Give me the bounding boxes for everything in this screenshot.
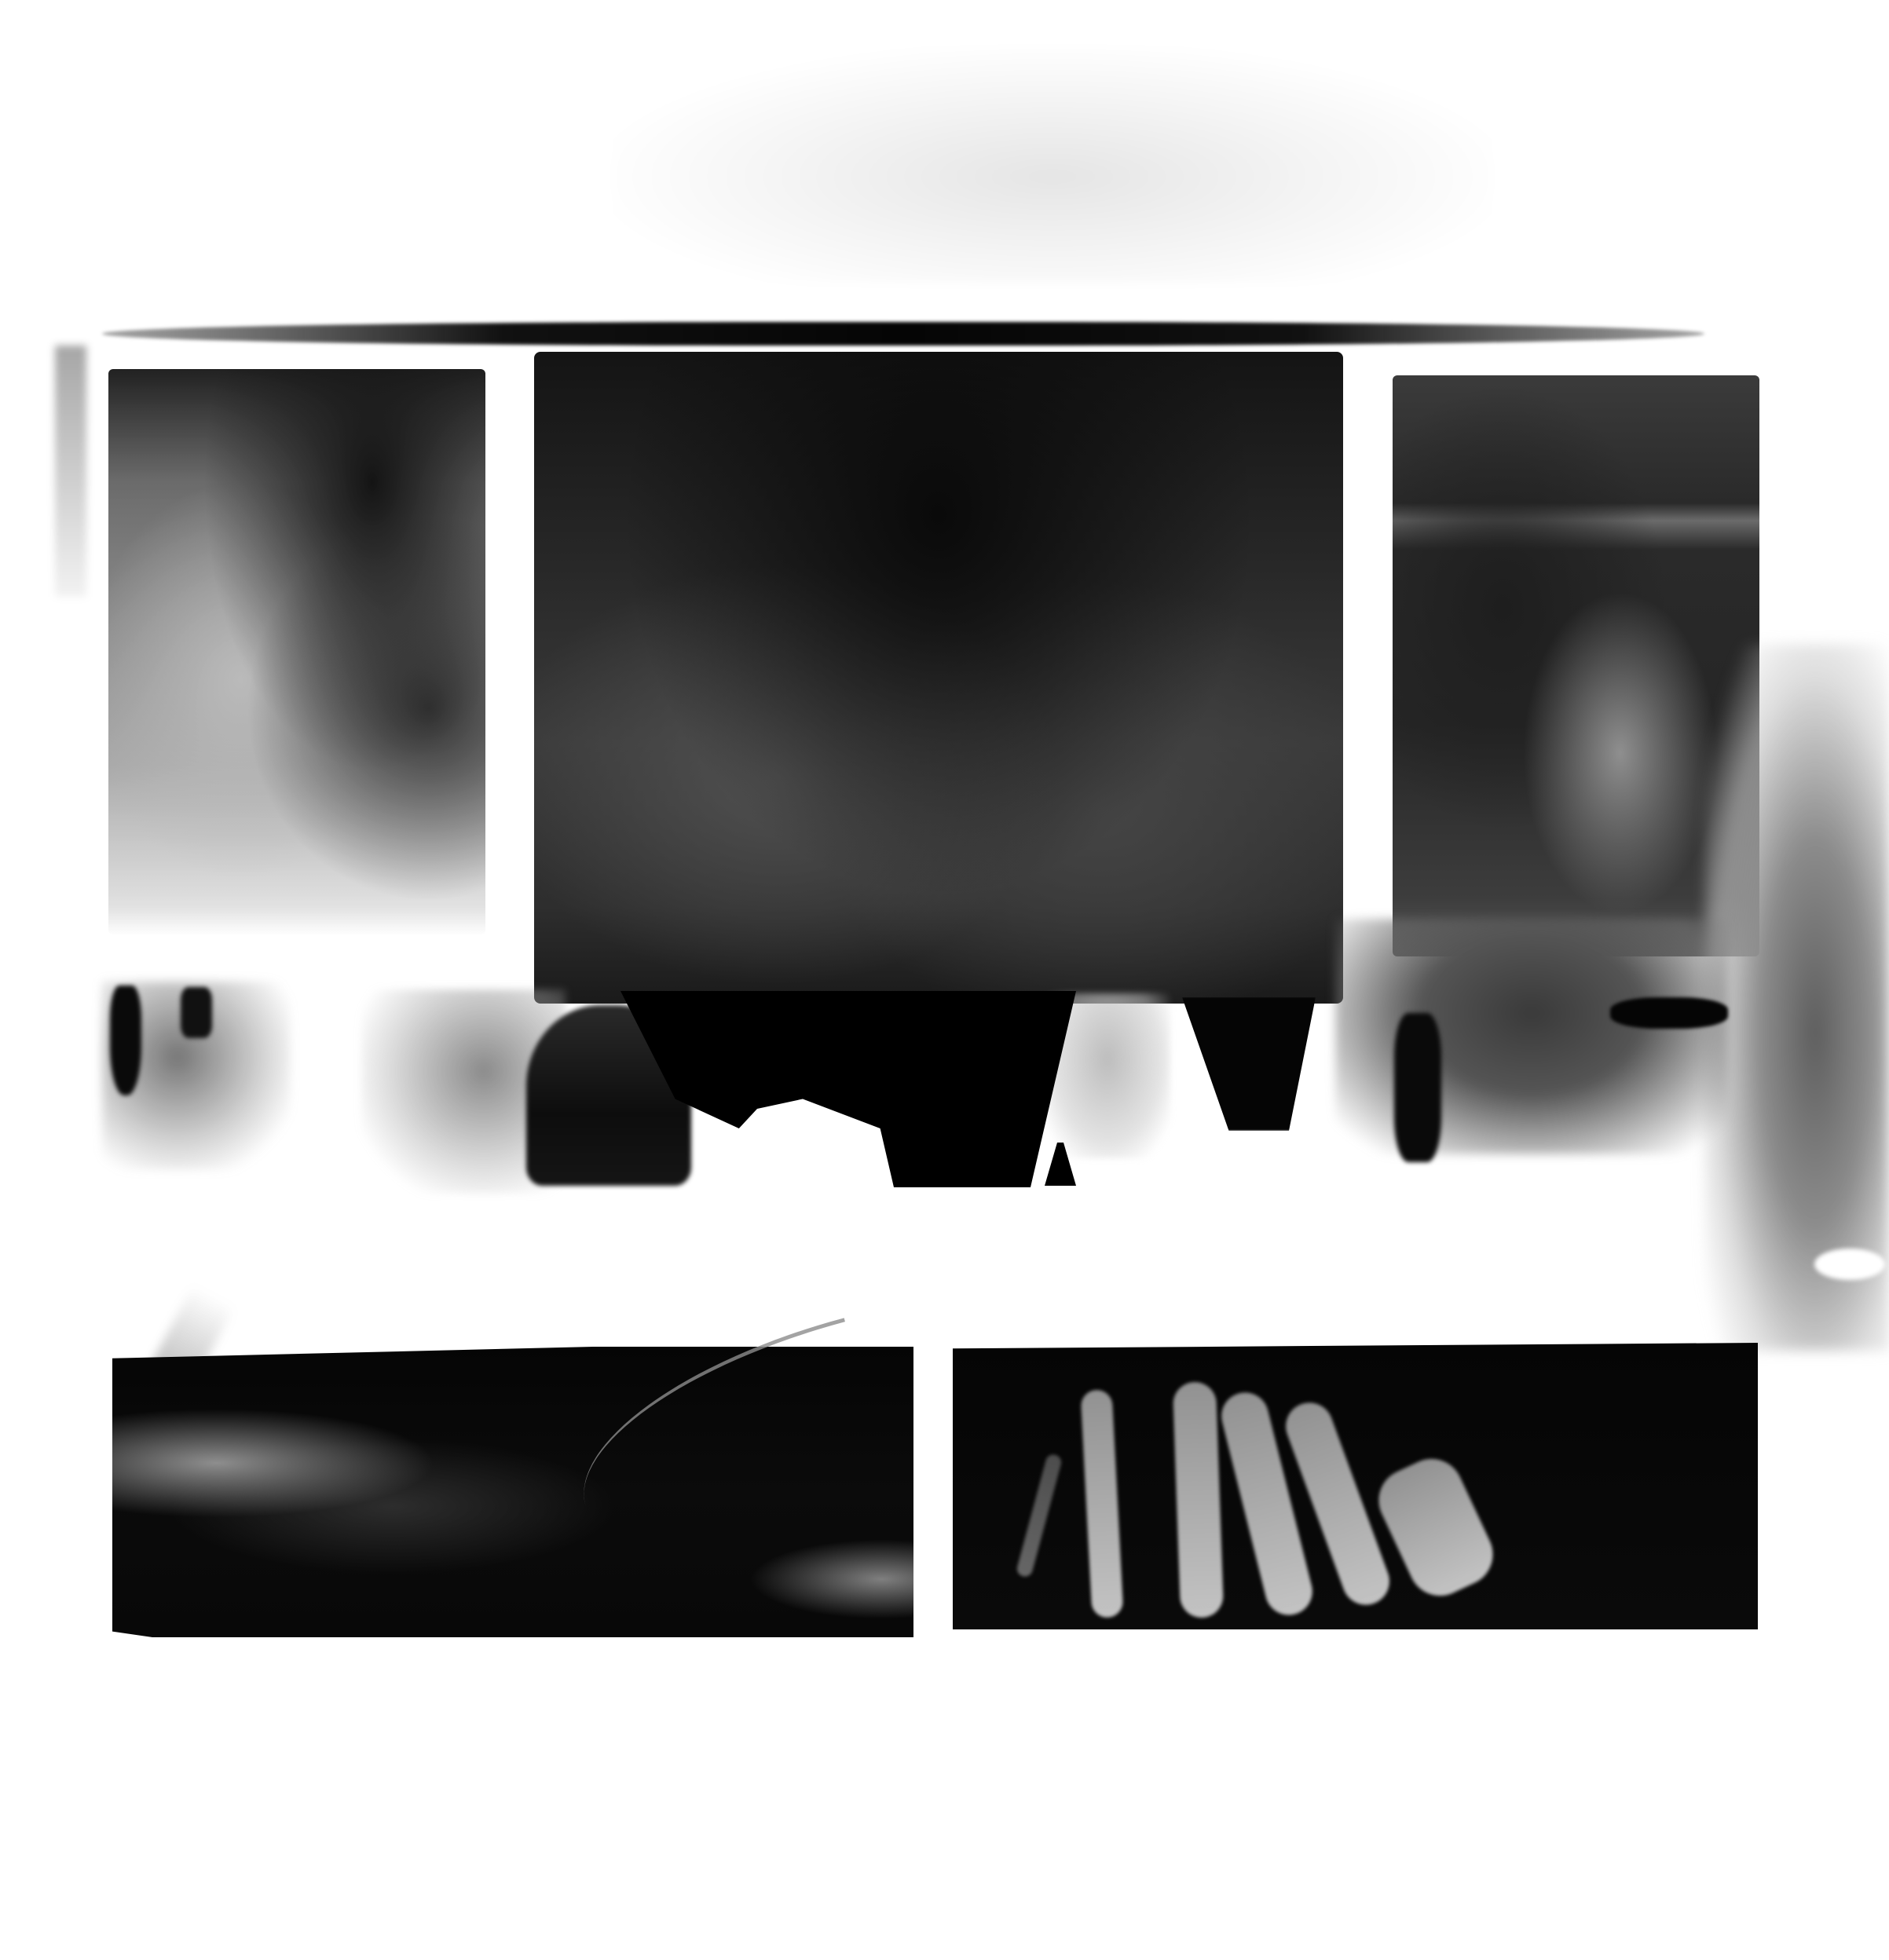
object-right-legs [1394,1013,1441,1162]
right-margin-highlight [1814,1249,1885,1280]
object-right-dark [1182,997,1316,1131]
ridge [1080,1389,1123,1618]
mullion-left [487,369,530,919]
ridge [1016,1453,1063,1578]
left-edge-smudge [55,346,86,597]
object-right-bar [1610,997,1728,1029]
ridge [1173,1381,1224,1618]
pane-left-photo [108,369,485,934]
top-bar [102,322,1704,346]
object-left-dark-2 [181,987,212,1038]
top-smudge [613,47,1492,283]
object-left-dark-1 [110,985,141,1095]
right-margin-smear [1704,644,1889,1351]
pane-center-photo [534,352,1343,1004]
mullion-right [1345,369,1392,919]
photo-bottom-right [953,1343,1758,1629]
